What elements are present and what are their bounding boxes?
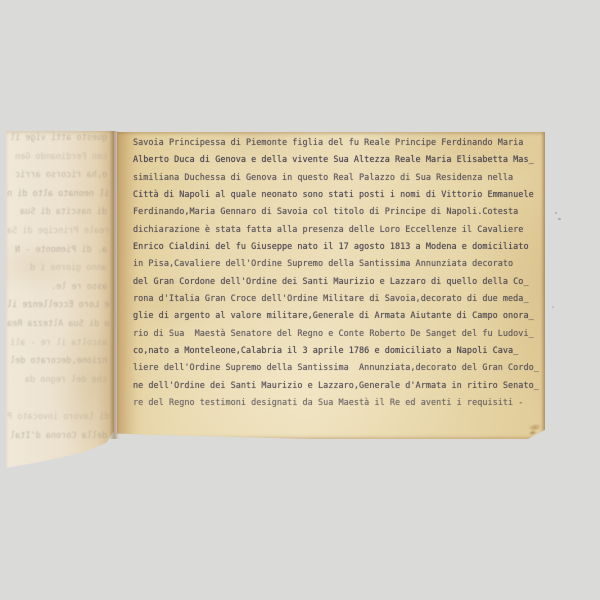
typed-line: Enrico Cialdini del fu Giuseppe nato il … [133, 239, 545, 256]
ghost-line: a. di Piemonte - N [7, 241, 107, 260]
ghost-line [7, 389, 107, 408]
typed-line: re del Regno testimoni designati da Sua … [133, 395, 545, 412]
typed-line: glie di argento al valore militare,Gener… [133, 308, 545, 325]
ghost-line: il neonato alto di n [7, 185, 107, 204]
ghost-line: che del regno da [7, 371, 107, 390]
open-register-book: questo atti vige ilcon Ferdinando Geno,h… [0, 0, 600, 600]
ghost-line: di lavoro invocato P [7, 408, 107, 427]
typed-line: rona d'Italia Gran Croce dell'Ordine Mil… [133, 291, 545, 308]
ghost-line: o di Sua Altezza Rea [7, 315, 107, 334]
typed-line: Alberto Duca di Genova e della vivente S… [133, 152, 545, 169]
typed-line: dichiarazione è stata fatta alla presenz… [133, 222, 545, 239]
ghost-line: questo atti vige il [7, 129, 107, 148]
ghost-line: della Corona d'Ital [7, 427, 107, 446]
photo-background: questo atti vige ilcon Ferdinando Geno,h… [0, 0, 600, 600]
typed-line: del Gran Cordone dell'Ordine dei Santi M… [133, 274, 545, 291]
left-page: questo atti vige ilcon Ferdinando Geno,h… [6, 131, 114, 468]
ghost-line: ascolta il re - ali [7, 334, 107, 353]
typed-line: similiana Duchessa di Genova in questo R… [133, 170, 545, 187]
typed-line: co,nato a Monteleone,Calabria il 3 april… [133, 343, 545, 360]
typed-line: in Pisa,Cavaliere dell'Ordine Supremo de… [133, 256, 545, 273]
page-corner-smudge [523, 420, 545, 437]
dust-speck [552, 306, 554, 308]
typed-line: Savoia Principessa di Piemonte figlia de… [133, 135, 545, 152]
ghost-line: asso re le. [7, 278, 107, 297]
typed-paragraph: Savoia Principessa di Piemonte figlia de… [133, 135, 545, 413]
ghost-line: nzione,decorato del [7, 352, 107, 371]
ghost-line: o,ha ricorso arric [7, 166, 107, 185]
ghost-line: reale Principe di Sa [7, 222, 107, 241]
ghost-paragraph: questo atti vige ilcon Ferdinando Geno,h… [7, 129, 107, 445]
typed-line: ne dell'Ordine dei Santi Maurizio e Lazz… [133, 378, 545, 395]
typed-line: Ferdinando,Maria Gennaro di Savoia col t… [133, 204, 545, 221]
dust-speck [555, 212, 557, 214]
ghost-line: anno giorno i d [7, 259, 107, 278]
ghost-line: con Ferdinando Gen [7, 148, 107, 167]
typed-line: Città di Napoli al quale neonato sono st… [133, 187, 545, 204]
ghost-line: di nascita di Sua [7, 203, 107, 222]
typed-line: liere dell'Ordine Supremo della Santissi… [133, 360, 545, 377]
ghost-line: e Loro Eccellenze il [7, 296, 107, 315]
dust-speck [558, 218, 561, 220]
typed-line: rio di Sua Maestà Senatore del Regno e C… [133, 326, 545, 343]
